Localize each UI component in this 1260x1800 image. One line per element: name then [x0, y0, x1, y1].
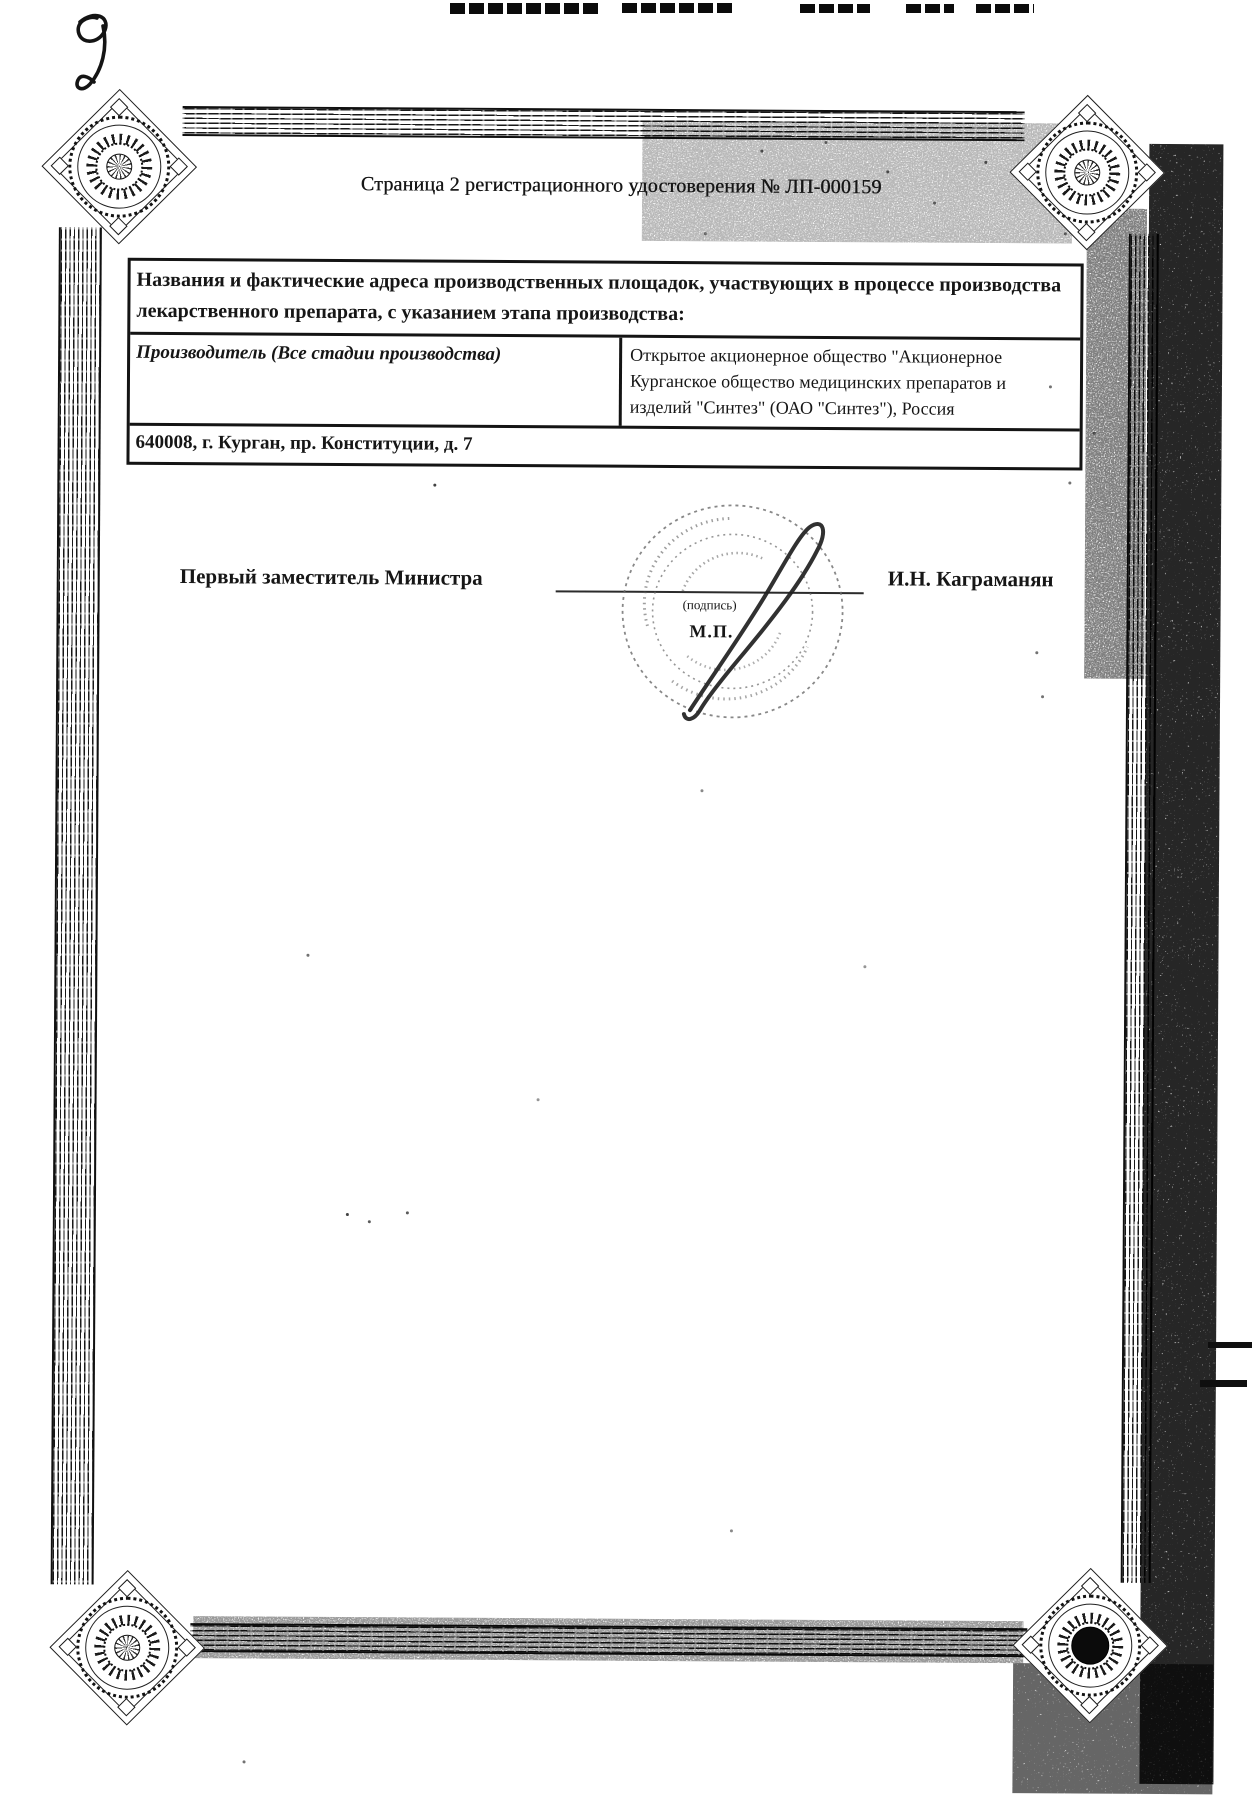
round-stamp-icon	[612, 496, 853, 732]
producer-name-cell: Открытое акционерное общество "Акционерн…	[622, 338, 1081, 429]
signature-caption: (подпись)	[640, 597, 780, 614]
signatory-name: И.Н. Каграманян	[888, 566, 1054, 592]
margin-speckle	[1084, 209, 1147, 679]
signatory-position: Первый заместитель Министра	[180, 564, 483, 591]
guilloche-rosette-icon	[64, 1584, 191, 1711]
scanned-certificate-page: Страница 2 регистрационного удостоверени…	[0, 0, 1260, 1800]
table-title: Названия и фактические адреса производст…	[130, 261, 1080, 341]
scan-content: Страница 2 регистрационного удостоверени…	[0, 0, 1260, 1800]
edge-speckle-band	[1139, 144, 1223, 1784]
producer-stage-cell: Производитель (Все стадии производства)	[130, 335, 623, 426]
margin-dash-mark	[1200, 1380, 1247, 1387]
guilloche-rosette-dark-icon	[1027, 1582, 1154, 1709]
page-title: Страница 2 регистрационного удостоверени…	[332, 173, 910, 200]
bottom-band-speckle	[193, 1616, 1023, 1663]
seal-place-mark: М.П.	[689, 621, 733, 642]
margin-dash-mark	[1208, 1342, 1252, 1348]
guilloche-rosette-icon	[56, 103, 183, 230]
border-band-left	[51, 227, 102, 1584]
production-sites-table: Названия и фактические адреса производст…	[126, 258, 1083, 471]
guilloche-rosette-icon	[1024, 109, 1151, 236]
table-row: Производитель (Все стадии производства) …	[130, 335, 1081, 432]
producer-address-cell: 640008, г. Курган, пр. Конституции, д. 7	[129, 426, 1079, 468]
